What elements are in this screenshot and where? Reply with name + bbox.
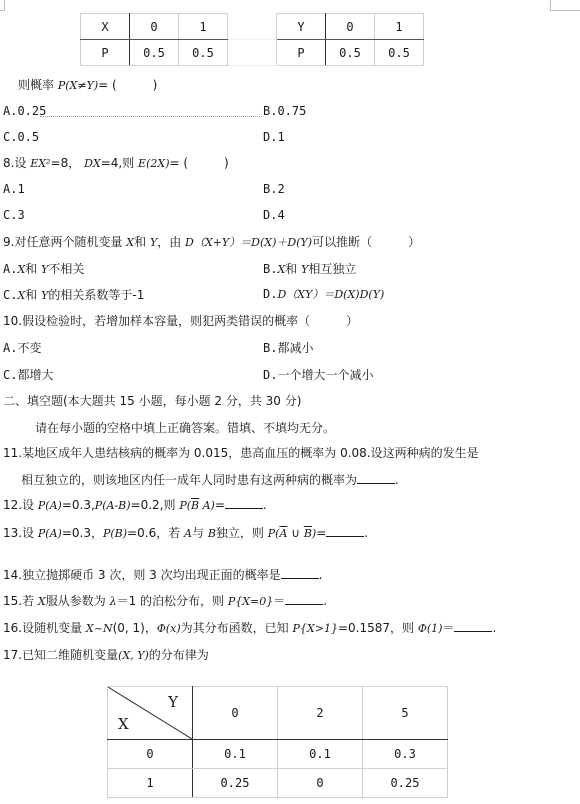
answer-blank[interactable] [454,621,492,632]
y-prob-label: P [277,40,326,66]
answer-blank[interactable] [285,594,323,605]
q8-stem: 8.设 EX²=8， DX=4,则 E(2X)= ( ) [3,154,229,171]
y-prob: 0.5 [326,40,375,66]
q9-option-a: A.X和 Y不相关 [3,260,84,277]
prob-cell: 0.25 [193,769,278,798]
joint-distribution-table: Y X 0 2 5 0 0.1 0.1 0.3 1 0.25 0 0.25 [107,686,448,798]
q8-option-a: A.1 [3,182,25,196]
corner-cell: Y X [108,687,193,740]
page-corner-mark [0,0,5,11]
q10-stem: 10.假设检验时，若增加样本容量，则犯两类错误的概率（ ） [3,312,358,329]
prob-cell: 0.25 [363,769,448,798]
table-row: 0 0.1 0.1 0.3 [108,740,448,769]
q7-option-a: A.0.25 [3,104,46,118]
q9-option-c: C.X和 Y的相关系数等于-1 [3,286,144,303]
x-prob: 0.5 [130,40,179,66]
page-corner-mark [550,0,580,11]
y-value: 5 [363,687,448,740]
table-row: 1 0.25 0 0.25 [108,769,448,798]
q16-stem: 16.设随机变量 X~N(0, 1)，Φ(x)为其分布函数，已知 P{X>1}=… [3,619,496,636]
q13-stem: 13.设 P(A)=0.3，P(B)=0.6，若 A与 B独立，则 P(A ∪ … [3,524,368,541]
y-value: 2 [278,687,363,740]
q11-line2: 相互独立的，则该地区内任一成年人同时患有这两种病的概率为. [3,471,399,488]
x-prob: 0.5 [179,40,228,66]
x-value: 0 [108,740,193,769]
x-value: 0 [130,14,179,40]
q7-option-c: C.0.5 [3,130,39,144]
q8-option-b: B.2 [263,182,285,196]
q9-stem: 9.对任意两个随机变量 X和 Y，由 D（X+Y）＝D(X)＋D(Y)可以推断（… [3,233,420,250]
q15-stem: 15.若 X服从参数为 λ＝1 的泊松分布，则 P{X=0}＝. [3,592,327,609]
answer-blank[interactable] [281,568,319,579]
q7-stem: 则概率 P(X≠Y)= ( ) [18,76,157,93]
q10-option-d: D.一个增大一个减小 [263,366,373,383]
dotted-leader [40,116,262,117]
answer-blank[interactable] [326,526,364,537]
prob-cell: 0.3 [363,740,448,769]
answer-blank[interactable] [225,498,263,509]
x-value: 1 [179,14,228,40]
q9-option-b: B.X和 Y相互独立 [263,260,356,277]
q12-stem: 12.设 P(A)=0.3,P(A-B)=0.2,则 P(B A)=. [3,496,267,513]
q7-option-b: B.0.75 [263,104,306,118]
section-instruction: 请在每小题的空格中填上正确答案。错填、不填均无分。 [3,419,335,436]
q8-option-c: C.3 [3,208,25,222]
y-value: 0 [193,687,278,740]
q17-stem: 17.已知二维随机变量(X, Y)的分布律为 [3,646,209,663]
prob-cell: 0.1 [278,740,363,769]
x-prob-label: P [81,40,130,66]
y-prob: 0.5 [375,40,424,66]
q10-option-c: C.都增大 [3,366,53,383]
q10-option-a: A.不变 [3,339,41,356]
x-value: 1 [108,769,193,798]
q11-line1: 11.某地区成年人患结核病的概率为 0.015，患高血压的概率为 0.08.设这… [3,444,479,461]
q8-option-d: D.4 [263,208,285,222]
x-header: X [81,14,130,40]
section-title: 二、填空题(本大题共 15 小题，每小题 2 分，共 30 分) [3,392,301,409]
q9-option-d: D.D（XY）＝D(X)D(Y) [263,286,384,302]
prob-cell: 0.1 [193,740,278,769]
gap-cell [228,40,277,66]
q10-option-b: B.都减小 [263,339,313,356]
y-value: 0 [326,14,375,40]
gap-cell [228,14,277,40]
prob-cell: 0 [278,769,363,798]
y-value: 1 [375,14,424,40]
distribution-table-xy: X 0 1 Y 0 1 P 0.5 0.5 P 0.5 0.5 [80,13,424,66]
q14-stem: 14.独立抛掷硬币 3 次，则 3 次均出现正面的概率是. [3,566,322,583]
y-header: Y [277,14,326,40]
answer-blank[interactable] [357,473,395,484]
q7-option-d: D.1 [263,130,285,144]
